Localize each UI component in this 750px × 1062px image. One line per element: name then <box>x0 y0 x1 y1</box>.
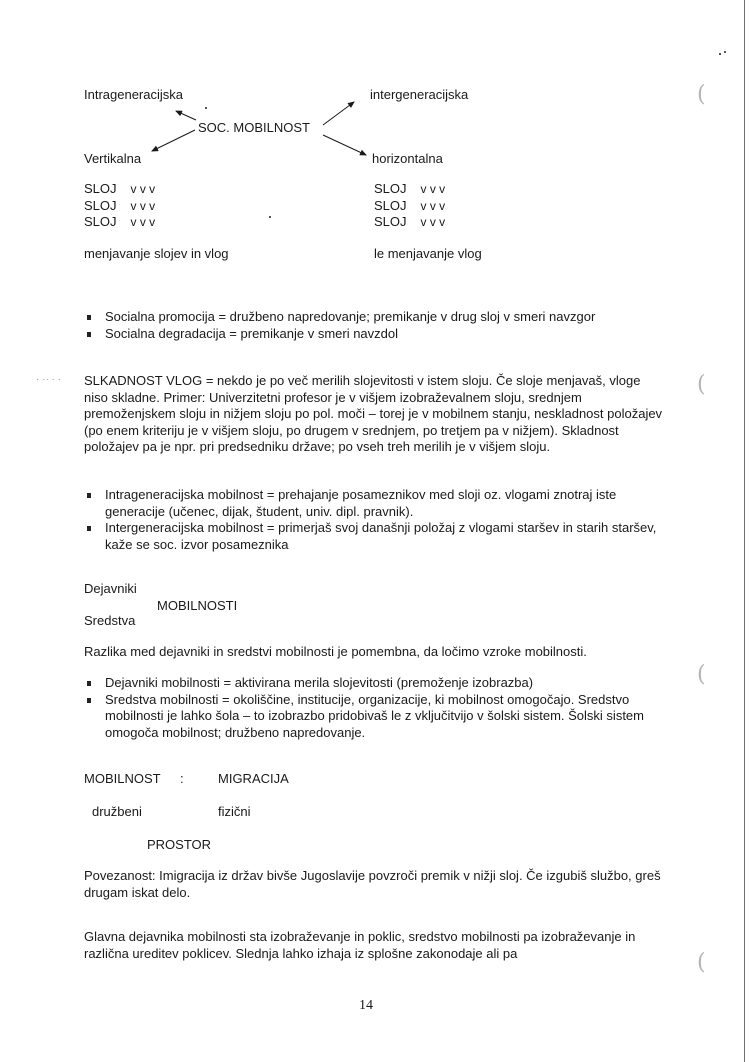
scan-artifact-dots: · ·· · · <box>36 374 61 385</box>
generational-bullet-list: Intrageneracijska mobilnost = prehajanje… <box>84 487 664 553</box>
label-soc-mobilnost: SOC. MOBILNOST <box>198 119 310 136</box>
label-vertikalna: Vertikalna <box>84 150 141 167</box>
label-dejavniki: Dejavniki <box>84 580 137 597</box>
sloj-marks: v v v <box>421 215 446 229</box>
label-prostor: PROSTOR <box>147 836 211 853</box>
label-intrageneracijska: Intrageneracijska <box>84 86 183 103</box>
list-item: Sredstva mobilnosti = okoliščine, instit… <box>84 692 684 742</box>
sloj-label: SLOJ <box>374 214 407 229</box>
razlika-paragraph: Razlika med dejavniki in sredstvi mobiln… <box>84 644 684 661</box>
label-druzbeni: družbeni <box>92 803 142 820</box>
left-sloj-row: SLOJv v v <box>84 180 155 198</box>
sloj-marks: v v v <box>131 215 156 229</box>
left-caption: menjavanje slojev in vlog <box>84 245 229 262</box>
list-item: Socialna promocija = družbeno napredovan… <box>84 309 684 326</box>
list-item: Intrageneracijska mobilnost = prehajanje… <box>84 487 664 520</box>
right-sloj-row: SLOJv v v <box>374 213 445 231</box>
povezanost-paragraph: Povezanost: Imigracija iz držav bivše Ju… <box>84 868 664 901</box>
label-fizicni: fizični <box>218 803 251 820</box>
scan-artifact-bracket: ( <box>697 662 706 687</box>
label-separator: : <box>180 770 184 787</box>
right-caption: le menjavanje vlog <box>374 245 482 262</box>
sloj-label: SLOJ <box>84 198 117 213</box>
list-item: Dejavniki mobilnosti = aktivirana merila… <box>84 675 684 692</box>
page-number: 14 <box>359 998 373 1014</box>
sloj-label: SLOJ <box>374 181 407 196</box>
sloj-marks: v v v <box>131 199 156 213</box>
label-sredstva: Sredstva <box>84 612 135 629</box>
scan-artifact-bracket: ( <box>697 950 706 975</box>
right-sloj-row: SLOJv v v <box>374 180 445 198</box>
factors-bullet-list: Dejavniki mobilnosti = aktivirana merila… <box>84 675 684 741</box>
skladnost-paragraph: SLKADNOST VLOG = nekdo je po več merilih… <box>84 373 664 456</box>
label-mobilnosti: MOBILNOSTI <box>157 597 237 614</box>
sloj-label: SLOJ <box>84 181 117 196</box>
sloj-label: SLOJ <box>84 214 117 229</box>
label-horizontalna: horizontalna <box>372 150 443 167</box>
sloj-marks: v v v <box>131 182 156 196</box>
glavna-paragraph: Glavna dejavnika mobilnosti sta izobraže… <box>84 929 679 962</box>
scan-artifact-bracket: ( <box>697 372 706 397</box>
sloj-label: SLOJ <box>374 198 407 213</box>
label-migracija: MIGRACIJA <box>218 770 289 787</box>
label-intergeneracijska: intergeneracijska <box>370 86 468 103</box>
sloj-marks: v v v <box>421 182 446 196</box>
label-mobilnost: MOBILNOST <box>84 770 161 787</box>
list-item: Socialna degradacija = premikanje v smer… <box>84 326 684 343</box>
sloj-marks: v v v <box>421 199 446 213</box>
left-sloj-row: SLOJv v v <box>84 213 155 231</box>
promotion-bullet-list: Socialna promocija = družbeno napredovan… <box>84 309 684 342</box>
list-item: Intergeneracijska mobilnost = primerjaš … <box>84 520 664 553</box>
